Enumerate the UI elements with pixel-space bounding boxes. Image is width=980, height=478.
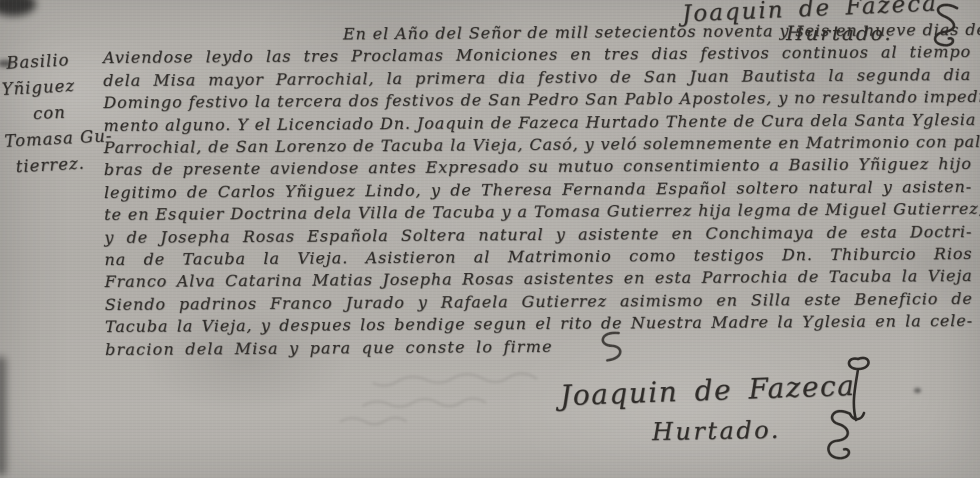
corner-stain [0,0,36,16]
edge-stain [0,356,6,476]
ink-bleedthrough [214,360,546,435]
ink-dot [914,388,921,393]
margin-note: Basilio Yñiguez con Tomasa Gu- tierrez. [0,45,118,181]
footer-rubric2-flourish-icon [816,405,864,470]
footer-signature-name: Joaquin de Fazeca [560,369,856,412]
line-end-flourish-icon [590,326,630,368]
footer-signature-surname: Hurtado. [652,416,781,446]
manuscript-scan: Joaquin de Fazeca Hurtado. Basilio Yñigu… [0,0,980,478]
record-body: En el Año del Señor de mill setecientos … [103,19,973,361]
